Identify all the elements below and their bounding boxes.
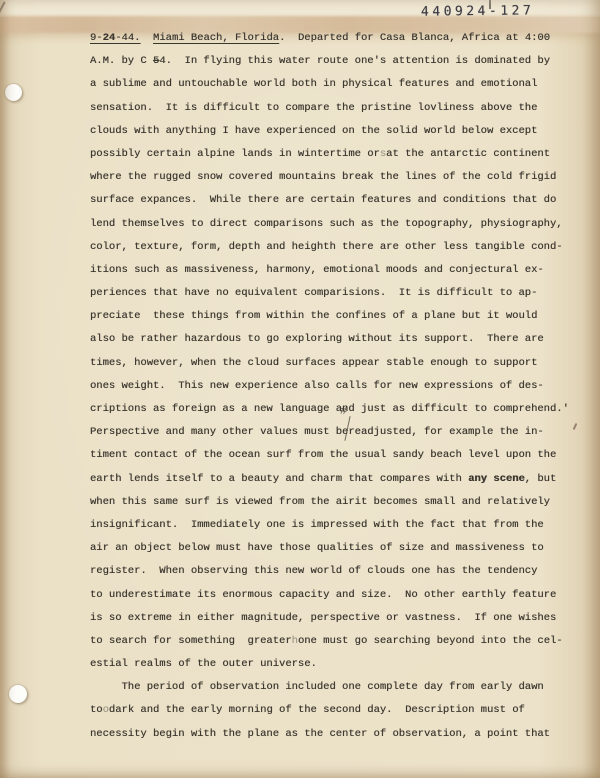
text-segment: 9- bbox=[90, 32, 103, 44]
text-segment: 4. In flying this water route one's atte… bbox=[159, 55, 550, 67]
text-segment: also be rather hazardous to go exploring… bbox=[90, 333, 544, 345]
text-line: toodark and the early morning of the sec… bbox=[90, 699, 570, 722]
text-line: preciate these things from within the co… bbox=[90, 305, 570, 328]
text-line: clouds with anything I have experienced … bbox=[90, 120, 570, 143]
text-line: timent contact of the ocean surf from th… bbox=[90, 444, 570, 467]
text-segment: o bbox=[103, 704, 109, 716]
text-segment: is so extreme in either magnitude, persp… bbox=[90, 612, 556, 624]
text-segment: A.M. by C bbox=[90, 55, 153, 67]
punch-hole-bottom bbox=[9, 685, 27, 703]
text-line: also be rather hazardous to go exploring… bbox=[90, 328, 570, 351]
text-segment: surface expances. While there are certai… bbox=[90, 194, 556, 206]
text-line: periences that have no equivalent compar… bbox=[90, 282, 570, 305]
text-segment: when this same surf is viewed from the a… bbox=[90, 496, 550, 508]
text-segment: , but bbox=[525, 473, 557, 485]
text-segment: criptions as foreign as a new language a… bbox=[90, 403, 563, 415]
document-page: 440924-127 9-24-44. Miami Beach, Florida… bbox=[0, 0, 600, 778]
text-line: Perspective and many other values must b… bbox=[90, 421, 570, 444]
text-segment: earth lends itself to a beauty and charm… bbox=[90, 473, 468, 485]
text-line: a sublime and untouchable world both in … bbox=[90, 73, 570, 96]
text-segment: to underestimate its enormous capacity a… bbox=[90, 589, 556, 601]
text-segment: a sublime and untouchable world both in … bbox=[90, 78, 537, 90]
text-segment: register. When observing this new world … bbox=[90, 565, 537, 577]
text-segment: lend themselves to direct comparisons su… bbox=[90, 218, 563, 230]
text-segment: h bbox=[292, 635, 298, 647]
text-line: The period of observation included one c… bbox=[90, 676, 570, 699]
text-line: surface expances. While there are certai… bbox=[90, 189, 570, 212]
text-segment: ones weight. This new experience also ca… bbox=[90, 380, 544, 392]
text-line: color, texture, form, depth and heighth … bbox=[90, 236, 570, 259]
text-segment bbox=[140, 32, 153, 44]
text-segment: necessity begin with the plane as the ce… bbox=[90, 728, 550, 740]
text-line: A.M. by C 54. In flying this water route… bbox=[90, 50, 570, 73]
text-segment: to search for something greater bbox=[90, 635, 292, 647]
text-line: itions such as massiveness, harmony, emo… bbox=[90, 259, 570, 282]
text-segment: periences that have no equivalent compar… bbox=[90, 287, 537, 299]
text-segment: where the rugged snow covered mountains … bbox=[90, 171, 556, 183]
text-line: air an object below must have those qual… bbox=[90, 537, 570, 560]
text-segment: any scene bbox=[468, 473, 525, 485]
text-line: insignificant. Immediately one is impres… bbox=[90, 514, 570, 537]
typewritten-text: 9-24-44. Miami Beach, Florida. Departed … bbox=[90, 27, 570, 746]
text-line: criptions as foreign as a new language a… bbox=[90, 398, 570, 421]
text-line: to search for something greaterhone must… bbox=[90, 630, 570, 653]
text-segment: possibly certain alpine lands in wintert… bbox=[90, 148, 380, 160]
text-segment: clouds with anything I have experienced … bbox=[90, 125, 537, 137]
text-line: to underestimate its enormous capacity a… bbox=[90, 584, 570, 607]
text-segment: one must go searching beyond into the ce… bbox=[298, 635, 563, 647]
text-segment: -44. bbox=[115, 32, 140, 44]
text-line: is so extreme in either magnitude, persp… bbox=[90, 607, 570, 630]
text-line: estial realms of the outer universe. bbox=[90, 653, 570, 676]
text-segment: . Departed for Casa Blanca, Africa at 4:… bbox=[279, 32, 550, 44]
text-segment: Perspective and many other values must b… bbox=[90, 426, 544, 438]
text-segment: timent contact of the ocean surf from th… bbox=[90, 449, 556, 461]
text-line: when this same surf is viewed from the a… bbox=[90, 491, 570, 514]
text-line: where the rugged snow covered mountains … bbox=[90, 166, 570, 189]
text-segment: times, however, when the cloud surfaces … bbox=[90, 357, 537, 369]
punch-hole-top bbox=[5, 84, 22, 101]
text-segment: s bbox=[380, 148, 386, 160]
text-line: ones weight. This new experience also ca… bbox=[90, 375, 570, 398]
text-segment: air an object below must have those qual… bbox=[90, 542, 544, 554]
text-segment: to bbox=[90, 704, 103, 716]
text-line: 9-24-44. Miami Beach, Florida. Departed … bbox=[90, 27, 570, 50]
archive-number: 440924-127 bbox=[421, 3, 534, 19]
text-segment: Miami Beach, Florida bbox=[153, 32, 279, 44]
text-line: necessity begin with the plane as the ce… bbox=[90, 723, 570, 746]
text-line: sensation. It is difficult to compare th… bbox=[90, 97, 570, 120]
text-line: register. When observing this new world … bbox=[90, 560, 570, 583]
text-line: earth lends itself to a beauty and charm… bbox=[90, 468, 570, 491]
text-segment: ' bbox=[563, 403, 569, 415]
text-segment: 24 bbox=[103, 32, 116, 44]
text-line: times, however, when the cloud surfaces … bbox=[90, 352, 570, 375]
text-segment: estial realms of the outer universe. bbox=[90, 658, 317, 670]
text-line: possibly certain alpine lands in wintert… bbox=[90, 143, 570, 166]
text-segment: insignificant. Immediately one is impres… bbox=[90, 519, 544, 531]
text-segment: The period of observation included one c… bbox=[90, 681, 544, 693]
text-segment: dark and the early morning of the second… bbox=[109, 704, 525, 716]
text-segment: itions such as massiveness, harmony, emo… bbox=[90, 264, 544, 276]
text-segment: sensation. It is difficult to compare th… bbox=[90, 102, 537, 114]
text-segment: preciate these things from within the co… bbox=[90, 310, 537, 322]
text-line: lend themselves to direct comparisons su… bbox=[90, 213, 570, 236]
text-segment: at the antarctic continent bbox=[386, 148, 550, 160]
ink-speck bbox=[573, 423, 578, 430]
text-segment: color, texture, form, depth and heighth … bbox=[90, 241, 563, 253]
